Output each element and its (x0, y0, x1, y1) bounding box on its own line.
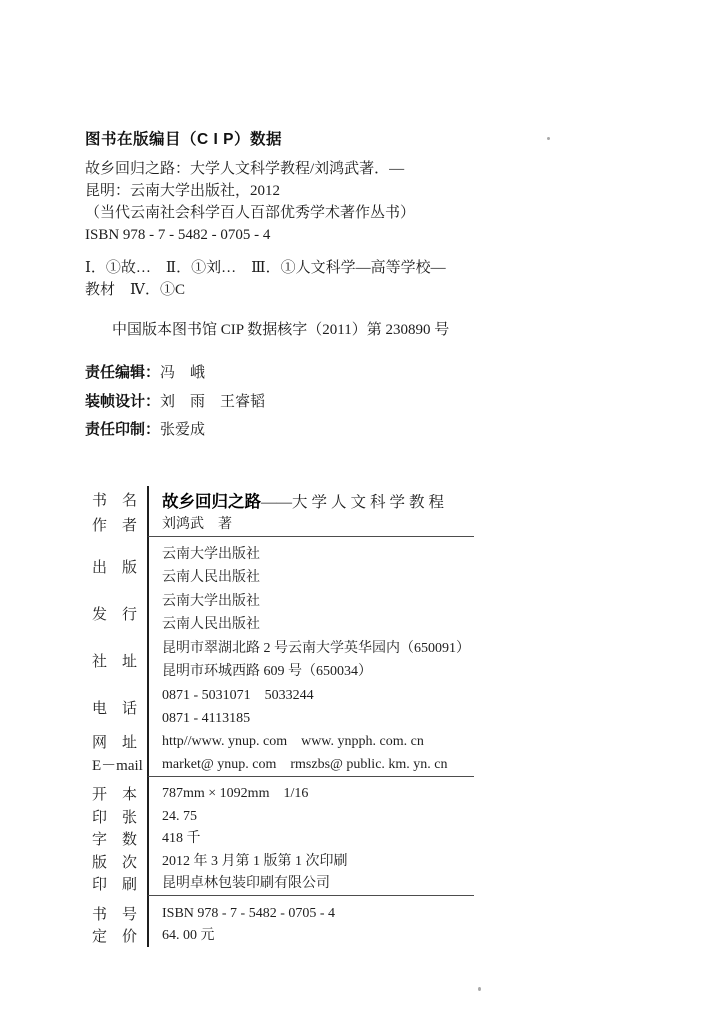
distributor-line-1: 云南大学出版社 (162, 590, 474, 613)
cip-record-number: 中国版本图书馆 CIP 数据核字（2011）第 230890 号 (112, 318, 505, 339)
credit-editor: 责任编辑：冯 峨 (85, 359, 265, 388)
cip-data-block: 图书在版编目（C I P）数据 故乡回归之路：大学人文科学教程/刘鸿武著．— 昆… (85, 127, 505, 339)
field-label-author: 作 者 (92, 514, 147, 535)
website-value: http//www. ynup. com www. ynpph. com. cn (162, 730, 474, 753)
credits-block: 责任编辑：冯 峨 装帧设计：刘 雨 王睿韬 责任印制：张爱成 (85, 359, 265, 445)
printed-sheets-value: 24. 75 (162, 805, 474, 828)
credit-print-supervisor-name: 张爱成 (160, 422, 205, 438)
row-isbn: 书 号 ISBN 978 - 7 - 5482 - 0705 - 4 (92, 902, 474, 925)
credit-editor-name: 冯 峨 (160, 365, 205, 381)
credit-designer-name: 刘 雨 王睿韬 (160, 394, 265, 410)
format-value: 787mm × 1092mm 1/16 (162, 782, 474, 805)
address-line-1: 昆明市翠湖北路 2 号云南大学英华园内（650091） (162, 637, 474, 660)
cip-classification-line-2: 教材 Ⅳ．①C (85, 279, 505, 301)
row-email: E－mail market@ ynup. com rmszbs@ public.… (92, 753, 474, 776)
scan-speck (478, 987, 481, 991)
row-author: 作 者 刘鸿武 著 (92, 513, 474, 536)
field-label-printed-sheets: 印 张 (92, 806, 147, 827)
row-format: 开 本 787mm × 1092mm 1/16 (92, 783, 474, 806)
horizontal-rule-1 (147, 536, 474, 543)
cip-isbn-line: ISBN 978 - 7 - 5482 - 0705 - 4 (85, 224, 505, 246)
row-printer: 印 刷 昆明卓林包装印刷有限公司 (92, 873, 474, 896)
row-word-count: 字 数 418 千 (92, 828, 474, 851)
colophon-table: 书 名 故乡回归之路——大学人文科学教程 作 者 刘鸿武 著 出 版 云南大学出… (92, 486, 474, 947)
field-label-edition: 版 次 (92, 851, 147, 872)
field-label-distributor: 发 行 (92, 603, 147, 624)
row-book-title: 书 名 故乡回归之路——大学人文科学教程 (92, 486, 474, 513)
row-printed-sheets: 印 张 24. 75 (92, 805, 474, 828)
printer-value: 昆明卓林包装印刷有限公司 (162, 872, 474, 895)
cip-title-line: 故乡回归之路：大学人文科学教程/刘鸿武著．— (85, 158, 505, 180)
book-copyright-page: 图书在版编目（C I P）数据 故乡回归之路：大学人文科学教程/刘鸿武著．— 昆… (0, 0, 721, 1024)
cip-publisher-line: 昆明：云南大学出版社，2012 (85, 180, 505, 202)
field-label-price: 定 价 (92, 925, 147, 946)
row-edition: 版 次 2012 年 3 月第 1 版第 1 次印刷 (92, 850, 474, 873)
field-label-address: 社 址 (92, 650, 147, 671)
field-label-printer: 印 刷 (92, 873, 147, 894)
book-title-dash: —— (261, 494, 292, 511)
cip-classification-line-1: Ⅰ．①故… Ⅱ．①刘… Ⅲ．①人文科学—高等学校— (85, 257, 505, 279)
price-value: 64. 00 元 (162, 924, 474, 947)
publisher-line-1: 云南大学出版社 (162, 543, 474, 566)
isbn-value: ISBN 978 - 7 - 5482 - 0705 - 4 (162, 902, 474, 925)
credit-editor-label: 责任编辑： (85, 364, 160, 381)
book-title-subtitle: 大学人文科学教程 (292, 494, 448, 511)
credit-print-supervisor-label: 责任印制： (85, 421, 160, 438)
phone-line-1: 0871 - 5031071 5033244 (162, 684, 474, 707)
email-value: market@ ynup. com rmszbs@ public. km. yn… (162, 753, 474, 776)
divider-row-1 (92, 536, 474, 543)
field-label-isbn: 书 号 (92, 903, 147, 924)
book-title-value: 故乡回归之路——大学人文科学教程 (162, 488, 474, 512)
field-label-word-count: 字 数 (92, 828, 147, 849)
distributor-line-2: 云南人民出版社 (162, 613, 474, 636)
field-label-website: 网 址 (92, 731, 147, 752)
credit-designer-label: 装帧设计： (85, 393, 160, 410)
row-distributor: 发 行 云南大学出版社 云南人民出版社 (92, 590, 474, 637)
row-price: 定 价 64. 00 元 (92, 925, 474, 948)
row-address: 社 址 昆明市翠湖北路 2 号云南大学英华园内（650091） 昆明市环城西路 … (92, 637, 474, 684)
author-value: 刘鸿武 著 (162, 513, 474, 536)
scan-speck (547, 137, 550, 140)
field-label-email: E－mail (92, 754, 147, 775)
phone-line-2: 0871 - 4113185 (162, 707, 474, 730)
address-line-2: 昆明市环城西路 609 号（650034） (162, 660, 474, 683)
credit-print-supervisor: 责任印制：张爱成 (85, 416, 265, 445)
row-phone: 电 话 0871 - 5031071 5033244 0871 - 411318… (92, 684, 474, 731)
field-label-phone: 电 话 (92, 697, 147, 718)
edition-value: 2012 年 3 月第 1 版第 1 次印刷 (162, 850, 474, 873)
field-label-format: 开 本 (92, 783, 147, 804)
cip-series-line: （当代云南社会科学百人百部优秀学术著作丛书） (85, 202, 505, 224)
field-label-book-title: 书 名 (92, 489, 147, 510)
row-publisher: 出 版 云南大学出版社 云南人民出版社 (92, 543, 474, 590)
cip-header: 图书在版编目（C I P）数据 (85, 127, 505, 149)
publisher-line-2: 云南人民出版社 (162, 566, 474, 589)
word-count-value: 418 千 (162, 827, 474, 850)
book-title-main: 故乡回归之路 (162, 493, 261, 511)
credit-designer: 装帧设计：刘 雨 王睿韬 (85, 388, 265, 417)
row-website: 网 址 http//www. ynup. com www. ynpph. com… (92, 731, 474, 754)
field-label-publisher: 出 版 (92, 556, 147, 577)
